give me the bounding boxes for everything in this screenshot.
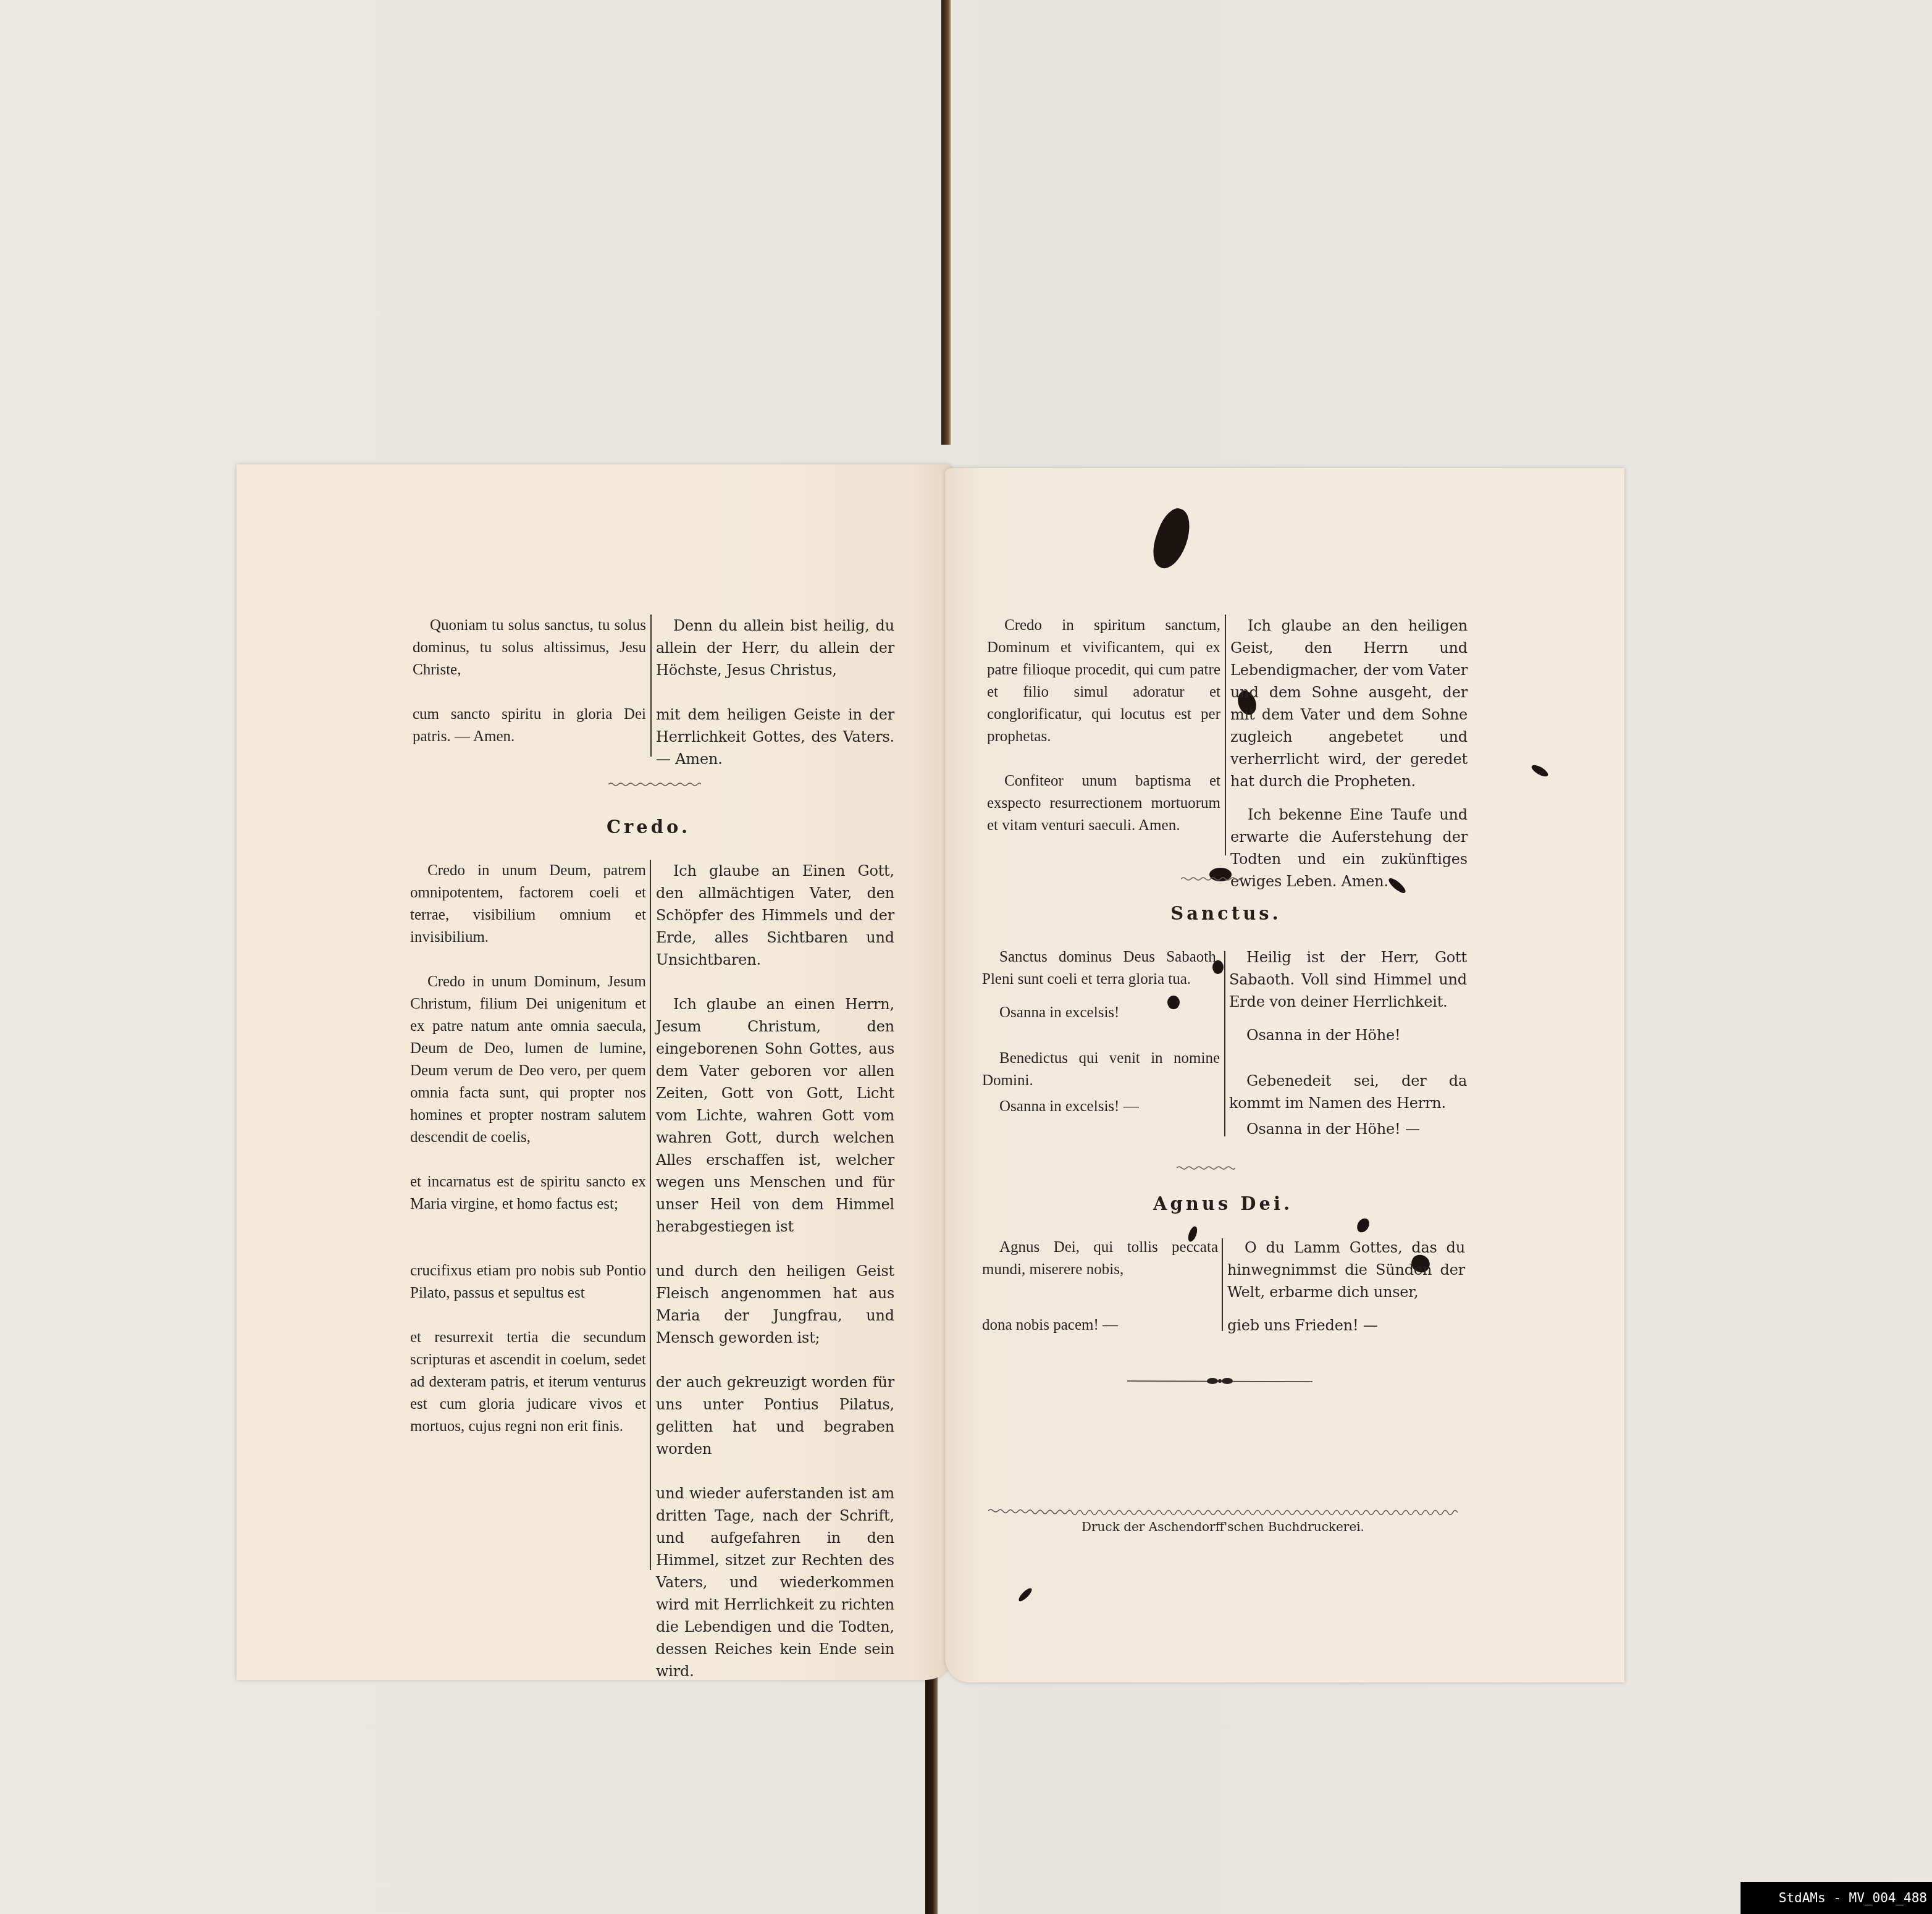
latin-paragraph: Osanna in excelsis! — (982, 1096, 1220, 1118)
latin-paragraph: et incarnatus est de spiritu sancto ex M… (410, 1171, 646, 1215)
latin-paragraph: Confiteor unum baptisma et exspecto resu… (987, 770, 1220, 837)
column-divider (1222, 1238, 1223, 1331)
german-paragraph: und wieder auferstanden ist am dritten T… (656, 1482, 894, 1682)
german-paragraph: Ich glaube an Einen Gott, den allmächtig… (656, 860, 894, 971)
german-paragraph: Osanna in der Höhe! — (1229, 1118, 1467, 1140)
column-divider (650, 615, 652, 757)
sanctus-heading: Sanctus. (1133, 903, 1319, 924)
printer-imprint: Druck der Aschendorff'schen Buchdruckere… (1013, 1519, 1433, 1534)
gutter-shadow-top (941, 0, 951, 445)
german-paragraph: Ich glaube an den heiligen Geist, den He… (1230, 615, 1468, 792)
german-paragraph: mit dem heiligen Geiste in der Herrlichk… (656, 703, 894, 770)
column-divider (1225, 615, 1226, 855)
latin-paragraph: cum sancto spiritu in gloria Dei patris.… (413, 703, 646, 748)
latin-paragraph: dona nobis pacem! — (982, 1314, 1218, 1337)
gutter-shadow-bottom (925, 1643, 938, 1914)
latin-paragraph: crucifixus etiam pro nobis sub Pontio Pi… (410, 1260, 646, 1304)
latin-paragraph: Sanctus dominus Deus Sabaoth. Pleni sunt… (982, 946, 1220, 991)
agnus-dei-heading: Agnus Dei. (1130, 1193, 1316, 1214)
german-paragraph: Osanna in der Höhe! (1229, 1024, 1467, 1046)
latin-paragraph: Credo in spiritum sanctum, Dominum et vi… (987, 615, 1220, 748)
latin-paragraph: Benedictus qui venit in nomine Domini. (982, 1047, 1220, 1092)
column-divider (650, 860, 651, 1570)
credo-end-latin-column: Credo in spiritum sanctum, Dominum et vi… (987, 615, 1220, 837)
german-paragraph: Ich bekenne Eine Taufe und erwarte die A… (1230, 804, 1468, 892)
latin-paragraph: Osanna in excelsis! (982, 1002, 1220, 1024)
agnus-dei-latin-column: Agnus Dei, qui tollis peccata mundi, mis… (982, 1236, 1218, 1337)
credo-latin-column: Credo in unum Deum, patrem omnipotentem,… (410, 860, 646, 1438)
sanctus-latin-column: Sanctus dominus Deus Sabaoth. Pleni sunt… (982, 946, 1220, 1118)
german-paragraph: Denn du allein bist heilig, du allein de… (656, 615, 894, 681)
credo-heading: Credo. (556, 816, 741, 837)
credo-german-column: Ich glaube an Einen Gott, den allmächtig… (656, 860, 894, 1682)
wavy-rule (1177, 1165, 1235, 1171)
wavy-rule (608, 781, 701, 787)
german-paragraph: der auch gekreuzigt worden für uns unter… (656, 1371, 894, 1460)
german-paragraph: Ich glaube an einen Herrn, Jesum Christu… (656, 993, 894, 1238)
latin-paragraph: Credo in unum Dominum, Jesum Christum, f… (410, 971, 646, 1149)
ornament-rule (1127, 1376, 1312, 1386)
german-paragraph: Heilig ist der Herr, Gott Sabaoth. Voll … (1229, 946, 1467, 1013)
imprint-wavy-rule (988, 1508, 1458, 1516)
column-divider (1224, 951, 1225, 1136)
german-paragraph: gieb uns Frieden! — (1227, 1314, 1465, 1337)
sanctus-german-column: Heilig ist der Herr, Gott Sabaoth. Voll … (1229, 946, 1467, 1140)
gloria-latin-column: Quoniam tu solus sanctus, tu solus domin… (413, 615, 646, 748)
archive-watermark: StdAMs - MV_004_488 (1741, 1882, 1932, 1914)
german-paragraph: Gebenedeit sei, der da kommt im Namen de… (1229, 1070, 1467, 1114)
credo-end-german-column: Ich glaube an den heiligen Geist, den He… (1230, 615, 1468, 892)
german-paragraph: und durch den heiligen Geist Fleisch ang… (656, 1260, 894, 1349)
german-paragraph: O du Lamm Gottes, das du hinwegnimmst di… (1227, 1236, 1465, 1303)
latin-paragraph: Agnus Dei, qui tollis peccata mundi, mis… (982, 1236, 1218, 1281)
gloria-german-column: Denn du allein bist heilig, du allein de… (656, 615, 894, 770)
agnus-dei-german-column: O du Lamm Gottes, das du hinwegnimmst di… (1227, 1236, 1465, 1337)
wavy-rule (1181, 876, 1243, 882)
latin-paragraph: Credo in unum Deum, patrem omnipotentem,… (410, 860, 646, 949)
latin-paragraph: Quoniam tu solus sanctus, tu solus domin… (413, 615, 646, 681)
latin-paragraph: et resurrexit tertia die secundum script… (410, 1327, 646, 1438)
